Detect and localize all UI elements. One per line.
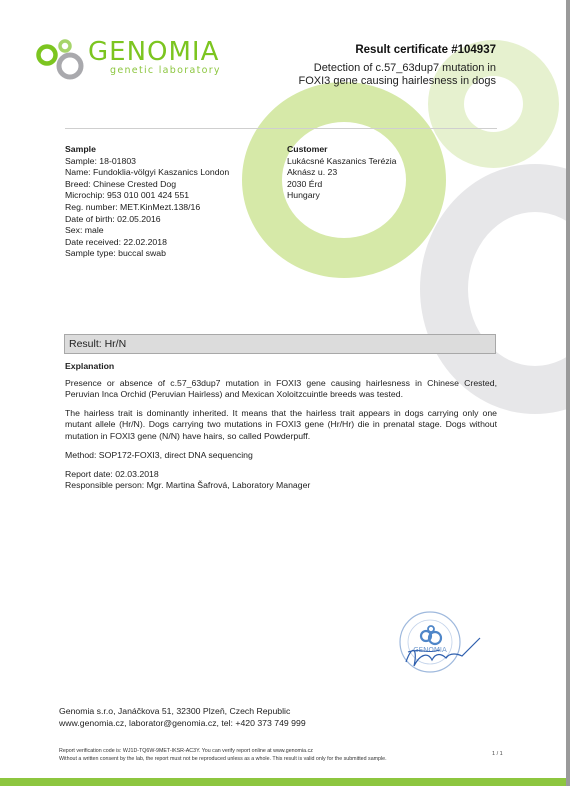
certification-stamp: GENOMIA	[388, 604, 488, 688]
explanation-paragraph: The hairless trait is dominantly inherit…	[65, 408, 497, 442]
verification-code: Report verification code is: WJ1D-TQ6W-9…	[59, 747, 387, 755]
stamp-signature-icon: GENOMIA	[388, 604, 488, 684]
logo-wordmark: GENOMIA	[88, 37, 219, 67]
genomia-logo	[36, 36, 88, 82]
decorative-light-green-ring	[428, 40, 559, 168]
report-date: Report date: 02.03.2018	[65, 469, 497, 480]
sample-line: Date received: 22.02.2018	[65, 237, 229, 249]
svg-text:GENOMIA: GENOMIA	[413, 646, 447, 654]
subtitle-line: FOXI3 gene causing hairlesness in dogs	[298, 75, 496, 88]
sample-line: Date of birth: 02.05.2016	[65, 214, 229, 226]
explanation-paragraph: Presence or absence of c.57_63dup7 mutat…	[65, 378, 497, 401]
responsible-person: Responsible person: Mgr. Martina Šafrová…	[65, 480, 497, 491]
logo-circles-icon	[36, 36, 88, 82]
customer-heading: Customer	[287, 144, 396, 156]
footer-accent-bar	[0, 778, 566, 786]
sample-line: Reg. number: MET.KinMezt.138/16	[65, 202, 229, 214]
customer-line: Aknász u. 23	[287, 167, 396, 179]
sample-line: Name: Fundoklia-völgyi Kaszanics London	[65, 167, 229, 179]
sample-line: Sample: 18-01803	[65, 156, 229, 168]
sample-line: Sex: male	[65, 225, 229, 237]
customer-section: Customer Lukácsné Kaszanics Terézia Akná…	[287, 144, 396, 202]
logo-tagline: genetic laboratory	[110, 65, 221, 76]
customer-line: Lukácsné Kaszanics Terézia	[287, 156, 396, 168]
page-number: 1 / 1	[492, 751, 503, 757]
sample-heading: Sample	[65, 144, 229, 156]
sample-line: Sample type: buccal swab	[65, 248, 229, 260]
scrollbar[interactable]	[566, 0, 570, 786]
contact-line: www.genomia.cz, laborator@genomia.cz, te…	[59, 717, 306, 729]
certificate-title: Result certificate #104937	[355, 44, 496, 56]
sample-line: Breed: Chinese Crested Dog	[65, 179, 229, 191]
sample-line: Microchip: 953 010 001 424 551	[65, 190, 229, 202]
customer-line: Hungary	[287, 190, 396, 202]
certificate-page: GENOMIA genetic laboratory Result certif…	[0, 0, 566, 786]
explanation-heading: Explanation	[65, 361, 497, 372]
address-line: Genomia s.r.o, Janáčkova 51, 32300 Plzeň…	[59, 705, 306, 717]
customer-line: 2030 Érd	[287, 179, 396, 191]
method-text: Method: SOP172-FOXI3, direct DNA sequenc…	[65, 450, 497, 461]
divider	[65, 128, 497, 129]
certificate-subtitle: Detection of c.57_63dup7 mutation in FOX…	[298, 62, 496, 88]
fine-print: Report verification code is: WJ1D-TQ6W-9…	[59, 747, 387, 763]
sample-section: Sample Sample: 18-01803 Name: Fundoklia-…	[65, 144, 229, 260]
result-box: Result: Hr/N	[64, 334, 496, 354]
subtitle-line: Detection of c.57_63dup7 mutation in	[298, 62, 496, 75]
reproduction-notice: Without a written consent by the lab, th…	[59, 755, 387, 763]
lab-address: Genomia s.r.o, Janáčkova 51, 32300 Plzeň…	[59, 705, 306, 729]
report-info: Report date: 02.03.2018 Responsible pers…	[65, 469, 497, 492]
